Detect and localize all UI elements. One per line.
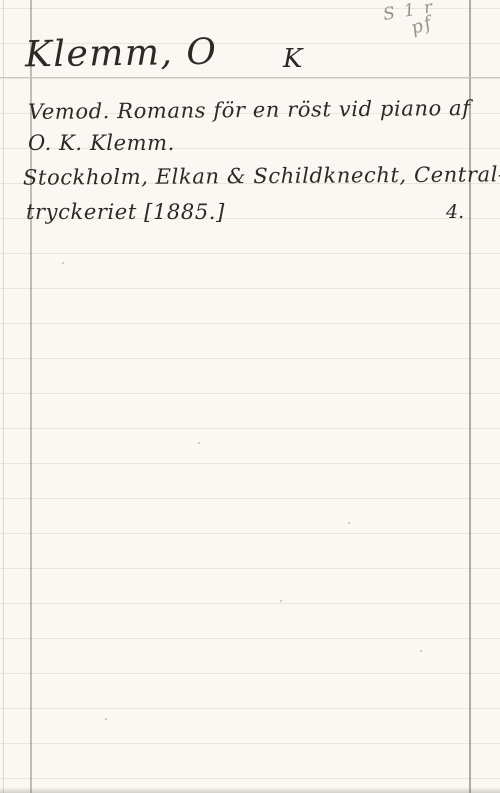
ruled-lines (0, 8, 500, 793)
left-edge-line (3, 0, 4, 793)
imprint-line1: Stockholm, Elkan & Schildknecht, Central… (23, 162, 500, 189)
paper-speck (420, 650, 422, 652)
paper-speck (62, 262, 64, 264)
paper-speck (280, 600, 282, 602)
paper-speck (348, 522, 350, 524)
right-margin-number: 4. (446, 201, 464, 223)
title-statement-line2: O. K. Klemm. (28, 131, 175, 155)
card-bottom-edge-shadow (0, 787, 500, 793)
catalog-card-scan: Klemm, O K S 1 r pf Vemod. Romans för en… (0, 0, 500, 793)
paper-speck (198, 442, 200, 444)
heading-surname: Klemm, O (25, 32, 218, 76)
paper-speck (105, 718, 107, 720)
heading-rule-line (0, 77, 500, 78)
title-statement-line1: Vemod. Romans för en röst vid piano af (28, 96, 471, 124)
imprint-line2: tryckeriet [1885.] (26, 200, 225, 224)
heading-forename-initial: K (283, 44, 302, 74)
